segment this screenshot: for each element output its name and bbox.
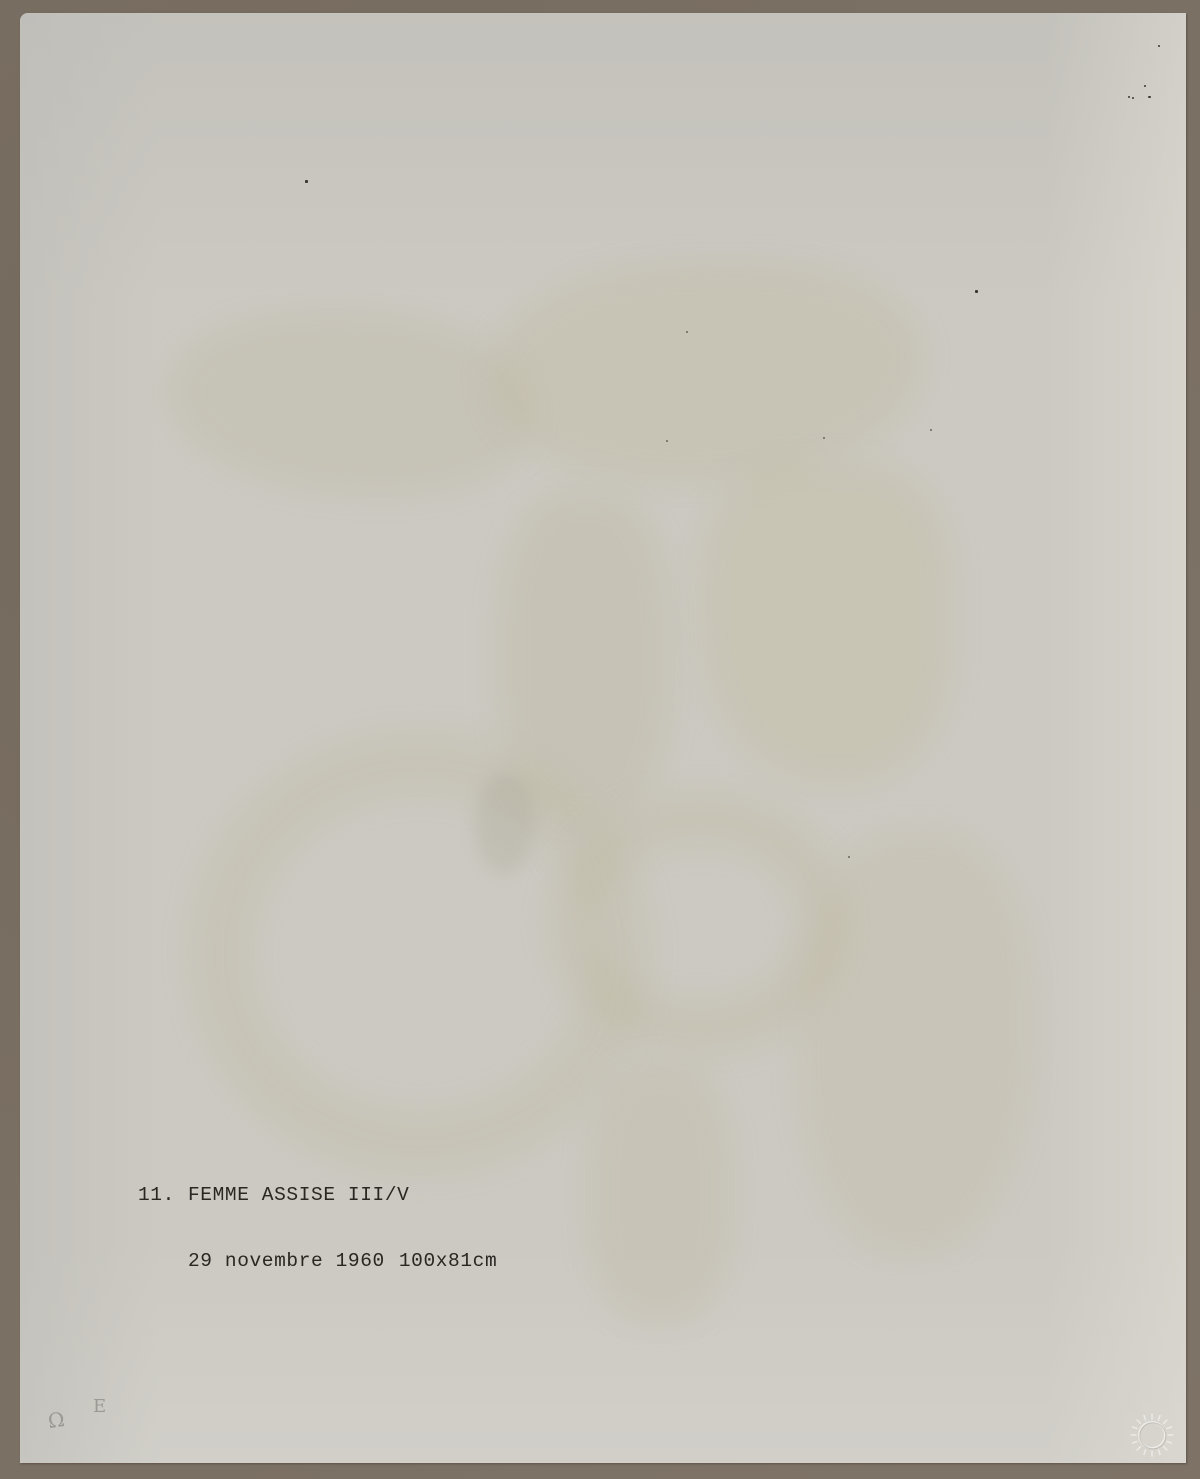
ink-speck [975,290,978,293]
ink-speck [823,437,825,439]
caption-detail-line: 29 novembre 1960100x81cm [138,1250,497,1272]
artwork-dimensions: 100x81cm [399,1250,497,1272]
bleed-through-shape [475,773,535,873]
bleed-through-shape [170,313,530,493]
catalog-number: 11. [138,1184,188,1206]
ink-speck [666,440,668,442]
ink-speck [1144,85,1146,87]
ink-speck [1128,96,1130,98]
sun-emboss-icon [1128,1411,1176,1459]
bleed-through-shape [700,463,950,783]
artwork-title: FEMME ASSISE III/V [188,1184,409,1206]
ink-speck [848,856,850,858]
ink-speck [1132,97,1134,99]
bleed-through-shape [800,833,1030,1253]
ink-speck [930,429,932,431]
ink-speck [305,180,308,183]
pencil-mark: Ω [46,1407,66,1433]
bleed-through-shape [490,263,920,483]
bleed-through-shape [590,1063,730,1323]
pencil-mark: E [93,1396,106,1417]
pencil-marks: Ω E [38,1396,128,1446]
bleed-through-shape [500,493,670,823]
caption-title-line: 11.FEMME ASSISE III/V [138,1184,497,1206]
paper-sheet: 11.FEMME ASSISE III/V 29 novembre 196010… [20,13,1186,1463]
artwork-caption: 11.FEMME ASSISE III/V 29 novembre 196010… [138,1140,497,1316]
ink-speck [686,331,688,333]
bleed-through-shape [550,793,850,1053]
artwork-date: 29 novembre 1960 [188,1250,385,1272]
ink-speck [1158,45,1160,47]
bleed-through-shape [190,733,650,1173]
ink-speck [1149,96,1151,98]
